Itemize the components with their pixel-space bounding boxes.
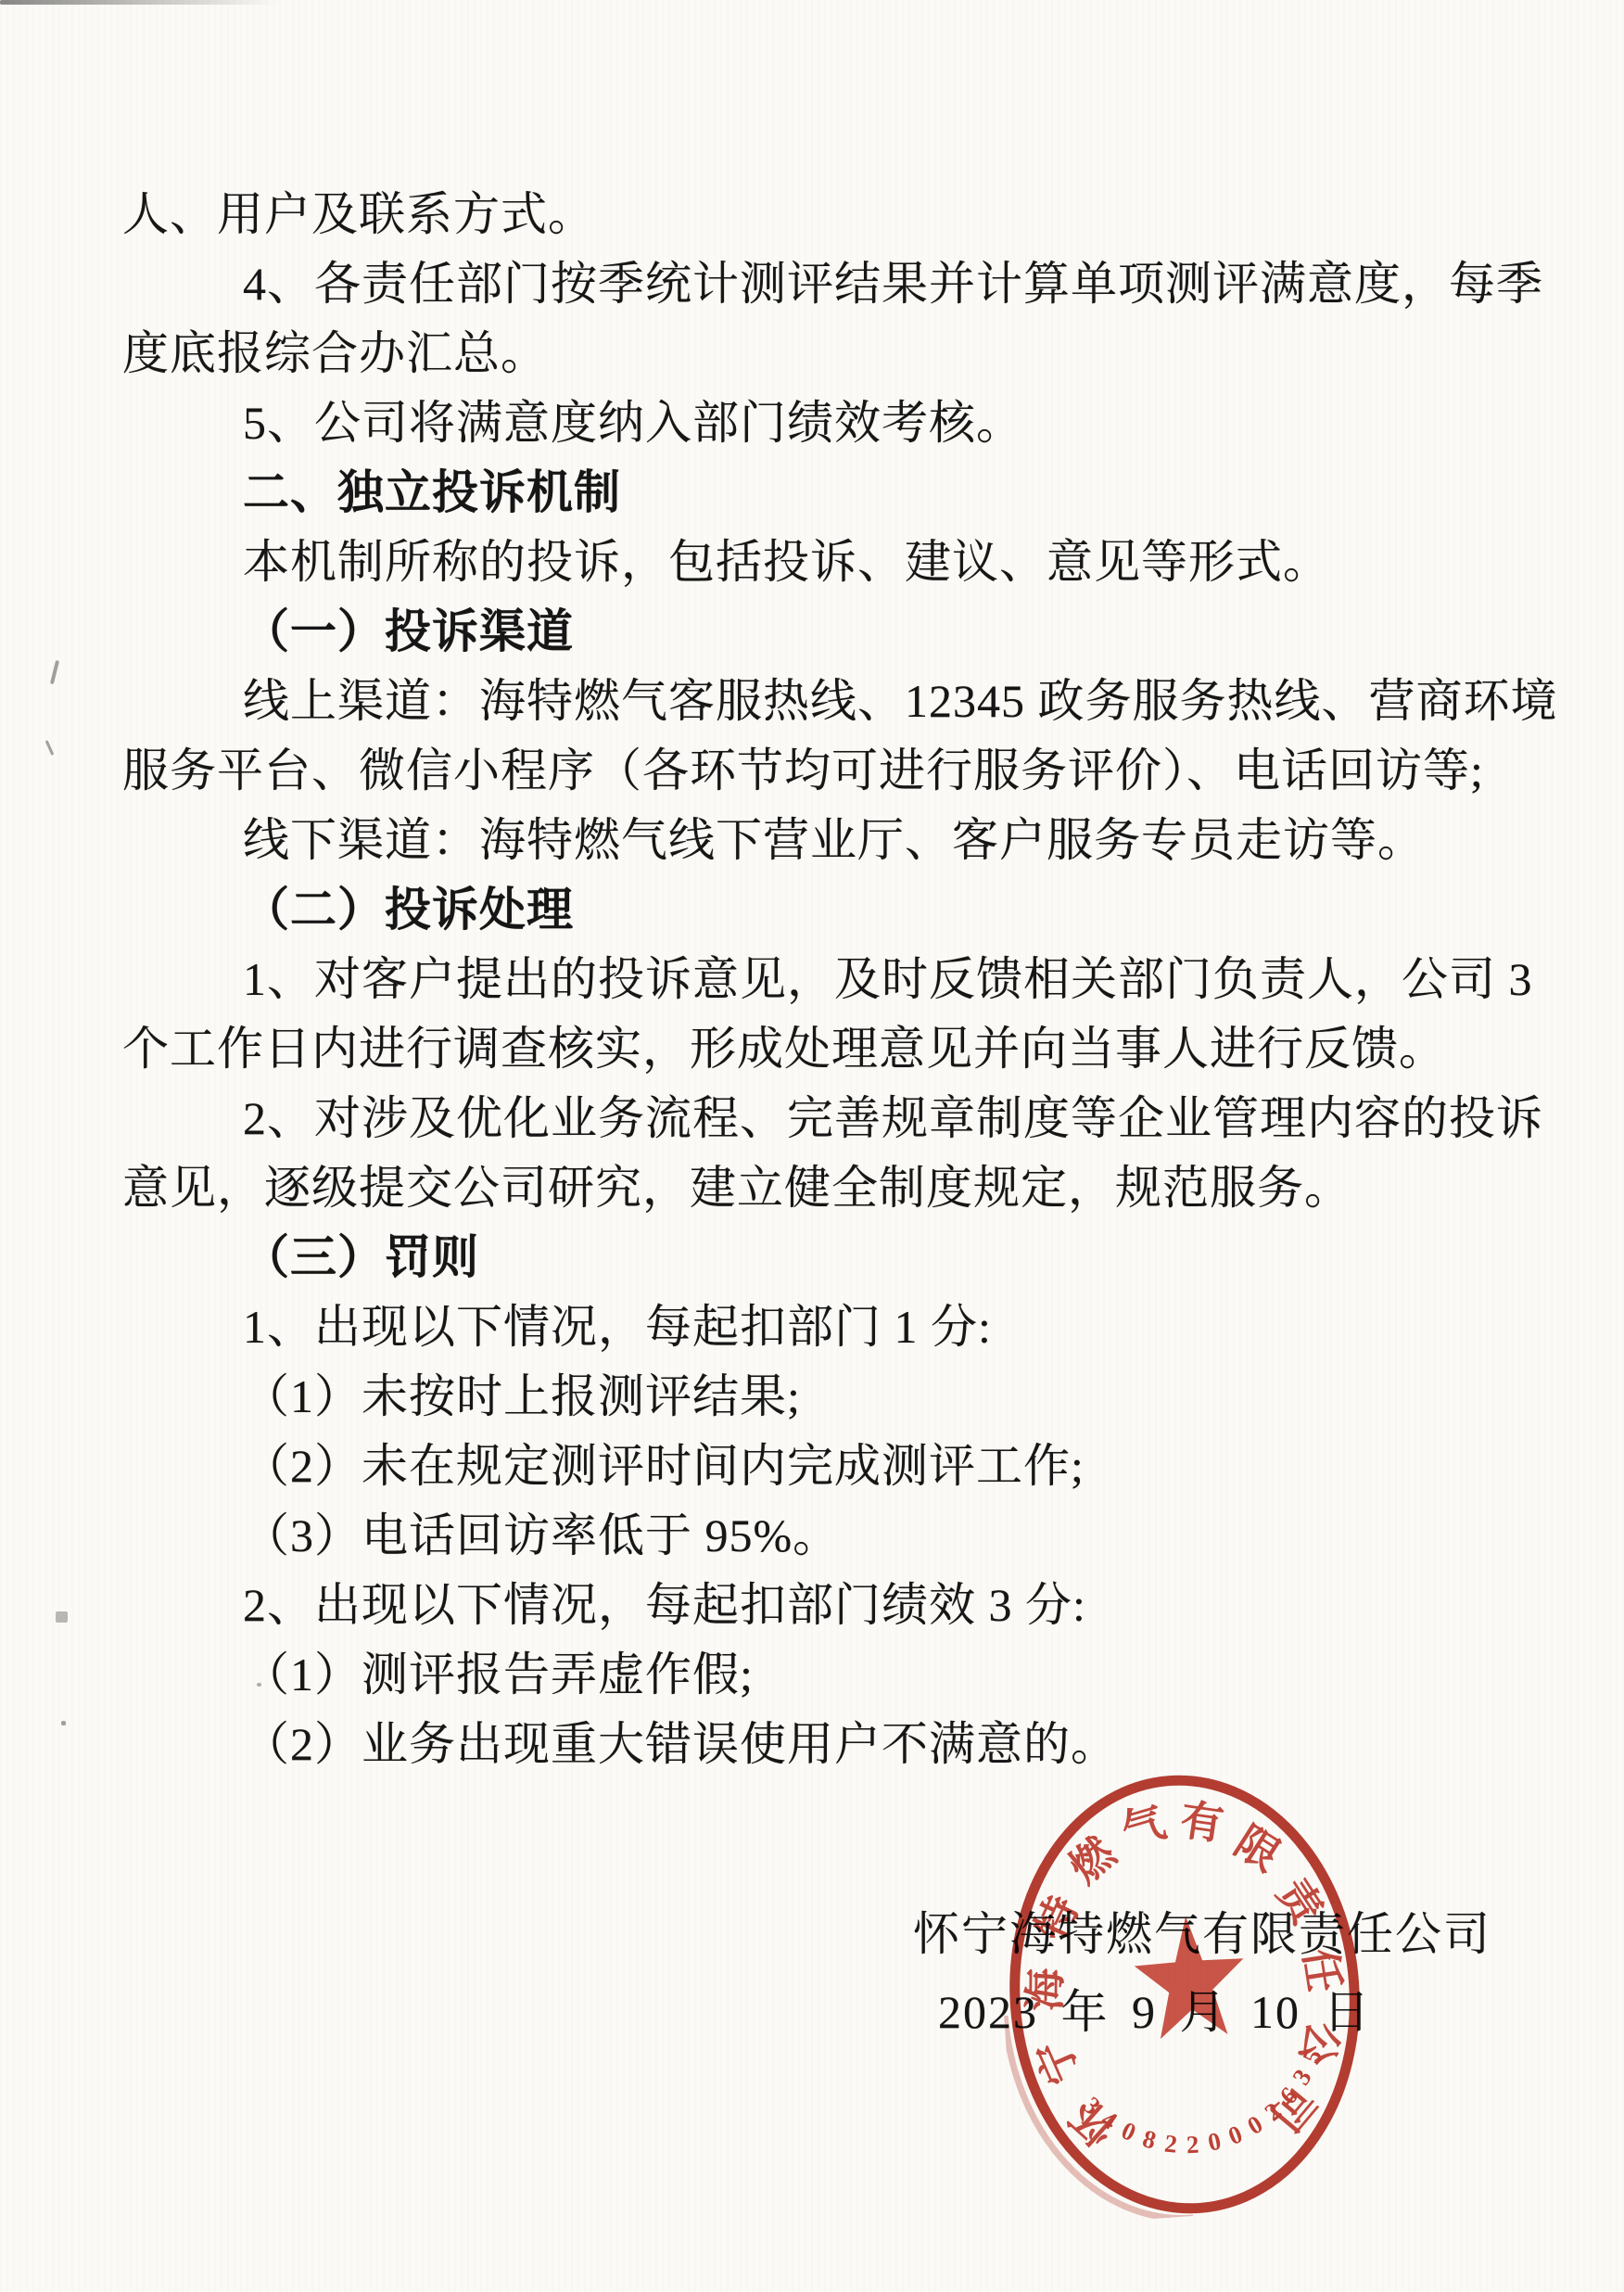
text-line: （一）投诉渠道 (122, 597, 1557, 667)
text-line: 1、出现以下情况，每起扣部门 1 分: (122, 1292, 1557, 1362)
text-line: 个工作日内进行调查核实，形成处理意见并向当事人进行反馈。 (122, 1014, 1557, 1084)
svg-text:0: 0 (1242, 2109, 1267, 2140)
text-line: 线下渠道：海特燃气线下营业厅、客户服务专员走访等。 (122, 806, 1557, 875)
text-line: （3）电话回访率低于 95%。 (122, 1501, 1557, 1571)
red-star-icon (1131, 1913, 1249, 2041)
svg-text:0: 0 (1205, 2127, 1223, 2157)
text-line: 4、各责任部门按季统计测评结果并计算单项测评满意度，每季 (122, 249, 1557, 319)
svg-text:2: 2 (1186, 2131, 1199, 2159)
text-line: 度底报综合办汇总。 (122, 319, 1557, 388)
svg-text:特: 特 (1027, 1889, 1088, 1947)
text-line: 二、独立投诉机制 (122, 458, 1557, 528)
svg-text:有: 有 (1177, 1796, 1226, 1849)
seal-serial-number: 3408220002635 (1074, 2044, 1334, 2167)
scan-speck (45, 740, 55, 756)
text-line: 5、公司将满意度纳入部门绩效考核。 (122, 388, 1557, 458)
svg-text:任: 任 (1295, 1946, 1348, 1995)
scan-speck (443, 1237, 448, 1241)
scan-speck (56, 1611, 68, 1623)
svg-text:海: 海 (1021, 1968, 1070, 2012)
svg-text:0: 0 (1224, 2120, 1246, 2150)
text-line: 意见，逐级提交公司研究，建立健全制度规定，规范服务。 (122, 1153, 1557, 1223)
scan-speck (257, 1683, 261, 1687)
text-line: 线上渠道：海特燃气客服热线、12345 政务服务热线、营商环境 (122, 667, 1557, 736)
scan-speck (50, 660, 59, 684)
text-line: （1）测评报告弄虚作假; (122, 1640, 1557, 1710)
text-line: （二）投诉处理 (122, 875, 1557, 945)
svg-text:2: 2 (1163, 2130, 1179, 2158)
text-line: （2）未在规定测评时间内完成测评工作; (122, 1432, 1557, 1501)
text-line: （三）罚则 (122, 1223, 1557, 1292)
text-line: 1、对客户提出的投诉意见，及时反馈相关部门负责人，公司 3 (122, 945, 1557, 1014)
text-line: 2、对涉及优化业务流程、完善规章制度等企业管理内容的投诉 (122, 1084, 1557, 1153)
svg-text:气: 气 (1116, 1798, 1170, 1855)
text-line: 2、出现以下情况，每起扣部门绩效 3 分: (122, 1571, 1557, 1640)
document-body: 人、用户及联系方式。4、各责任部门按季统计测评结果并计算单项测评满意度，每季度底… (122, 180, 1557, 1779)
svg-text:8: 8 (1140, 2124, 1160, 2154)
scan-speck (61, 1721, 66, 1725)
company-seal: 怀宁海特燃气有限责任公司 3408220002635 (988, 1761, 1381, 2228)
text-line: （1）未按时上报测评结果; (122, 1362, 1557, 1432)
text-line: 人、用户及联系方式。 (122, 180, 1557, 249)
text-line: 服务平台、微信小程序（各环节均可进行服务评价）、电话回访等; (122, 736, 1557, 806)
text-line: 本机制所称的投诉，包括投诉、建议、意见等形式。 (122, 528, 1557, 597)
scan-edge-shadow (0, 0, 278, 5)
